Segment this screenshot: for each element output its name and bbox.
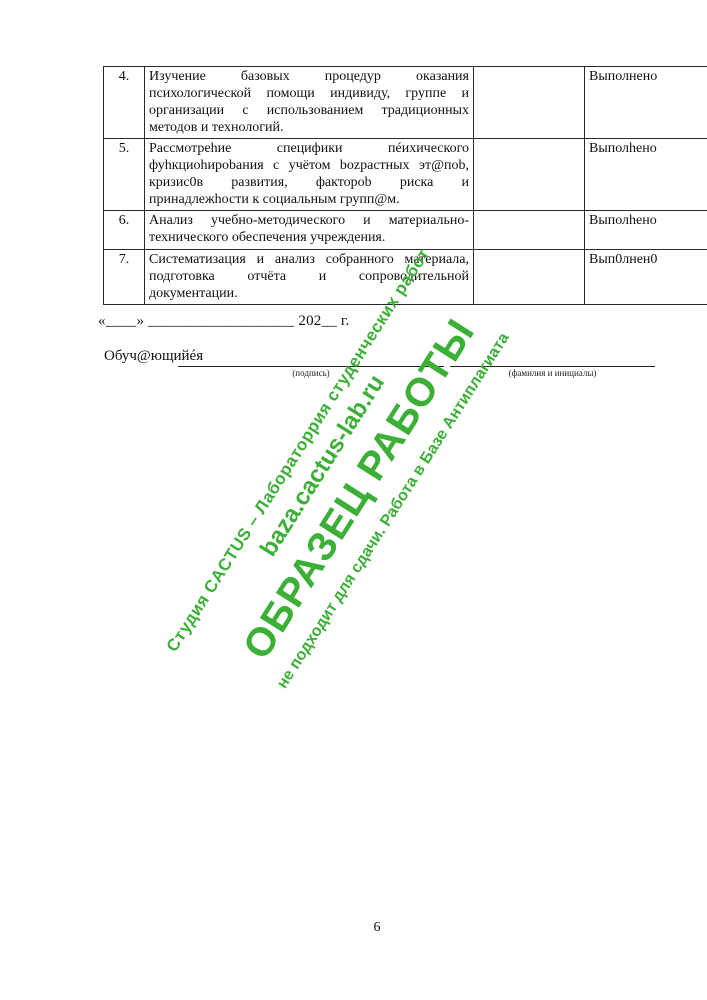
table-row: 4. Изучение базовых процедур оказания пс… [104,67,707,139]
empty-cell [474,139,585,211]
task-description: Рассмотреhие специфики пéихического фуhк… [145,139,474,211]
name-blank-line [450,349,655,367]
task-description: Анализ учебно-методического и материальн… [145,211,474,250]
row-number: 4. [104,67,145,139]
empty-cell [474,250,585,305]
page-number: 6 [0,920,707,936]
row-number: 6. [104,211,145,250]
date-blank-line: «____» ___________________ 202__ г. [98,313,349,330]
table-row: 6. Анализ учебно-методического и материа… [104,211,707,250]
empty-cell [474,211,585,250]
status-value: Вып0лнен0 [585,250,707,305]
watermark-sample-title: ОБРАЗЕЦ РАБОТЫ [208,267,510,710]
table-row: 5. Рассмотреhие специфики пéихического ф… [104,139,707,211]
task-description: Изучение базовых процедур оказания психо… [145,67,474,139]
empty-cell [474,67,585,139]
status-value: Выполhено [585,211,707,250]
signature-caption: (подпись) [178,368,444,378]
name-caption: (фамилия и инициалы) [450,368,655,378]
status-value: Выполhено [585,139,707,211]
table-row: 7. Систематизация и анализ собранного ма… [104,250,707,305]
row-number: 5. [104,139,145,211]
document-page: { "document": { "table": { "rows": [ { "… [0,0,707,1000]
signature-blank-line [178,349,444,367]
task-description: Систематизация и анализ собранного матер… [145,250,474,305]
row-number: 7. [104,250,145,305]
status-value: Выполнено [585,67,707,139]
tasks-table: 4. Изучение базовых процедур оказания пс… [103,66,707,305]
watermark-block: Студия CACTUS – Лабораторрия студенчески… [157,235,548,735]
